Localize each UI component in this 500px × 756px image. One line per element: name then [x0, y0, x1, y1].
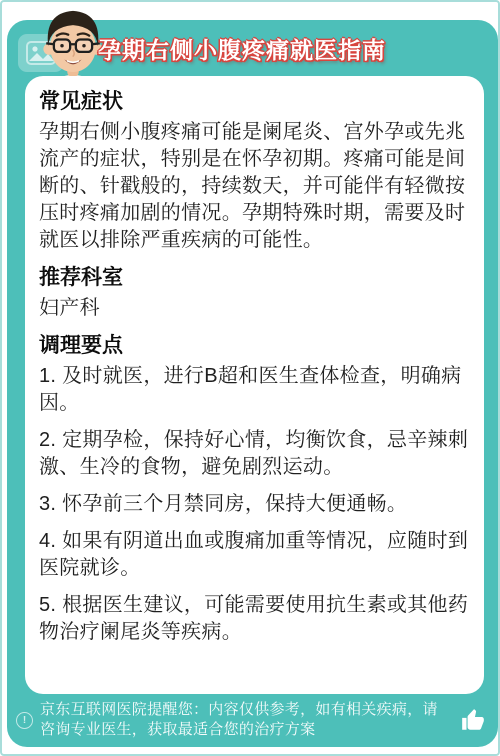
care-item-5: 5. 根据医生建议，可能需要使用抗生素或其他药物治疗阑尾炎等疾病。: [39, 592, 470, 646]
section-heading-department: 推荐科室: [39, 264, 470, 291]
thumbs-up-icon[interactable]: [458, 705, 488, 735]
care-item-1: 1. 及时就医，进行B超和医生查体检查，明确病因。: [39, 363, 470, 417]
page-title: 孕期右侧小腹疼痛就医指南: [98, 32, 386, 65]
disclaimer-text: 京东互联网医院提醒您：内容仅供参考，如有相关疾病，请咨询专业医生，获取最适合您的…: [40, 700, 451, 740]
care-item-2: 2. 定期孕检，保持好心情，均衡饮食，忌辛辣刺激、生冷的食物，避免剧烈运动。: [39, 427, 470, 481]
section-heading-symptoms: 常见症状: [39, 88, 470, 115]
care-item-4: 4. 如果有阴道出血或腹痛加重等情况，应随时到医院就诊。: [39, 528, 470, 582]
info-circle-icon: !: [16, 712, 33, 729]
footer-disclaimer-bar: ! 京东互联网医院提醒您：内容仅供参考，如有相关疾病，请咨询专业医生，获取最适合…: [16, 700, 488, 740]
care-item-3: 3. 怀孕前三个月禁同房，保持大便通畅。: [39, 491, 470, 518]
symptoms-paragraph: 孕期右侧小腹疼痛可能是阑尾炎、宫外孕或先兆流产的症状，特别是在怀孕初期。疼痛可能…: [39, 119, 470, 254]
health-guide-card: 孕期右侧小腹疼痛就医指南 常见症状 孕期右侧小腹疼痛可能是阑尾炎、宫外孕或先兆流…: [0, 0, 500, 756]
content-card: 常见症状 孕期右侧小腹疼痛可能是阑尾炎、宫外孕或先兆流产的症状，特别是在怀孕初期…: [25, 76, 484, 694]
department-paragraph: 妇产科: [39, 295, 470, 322]
section-heading-care: 调理要点: [39, 332, 470, 359]
